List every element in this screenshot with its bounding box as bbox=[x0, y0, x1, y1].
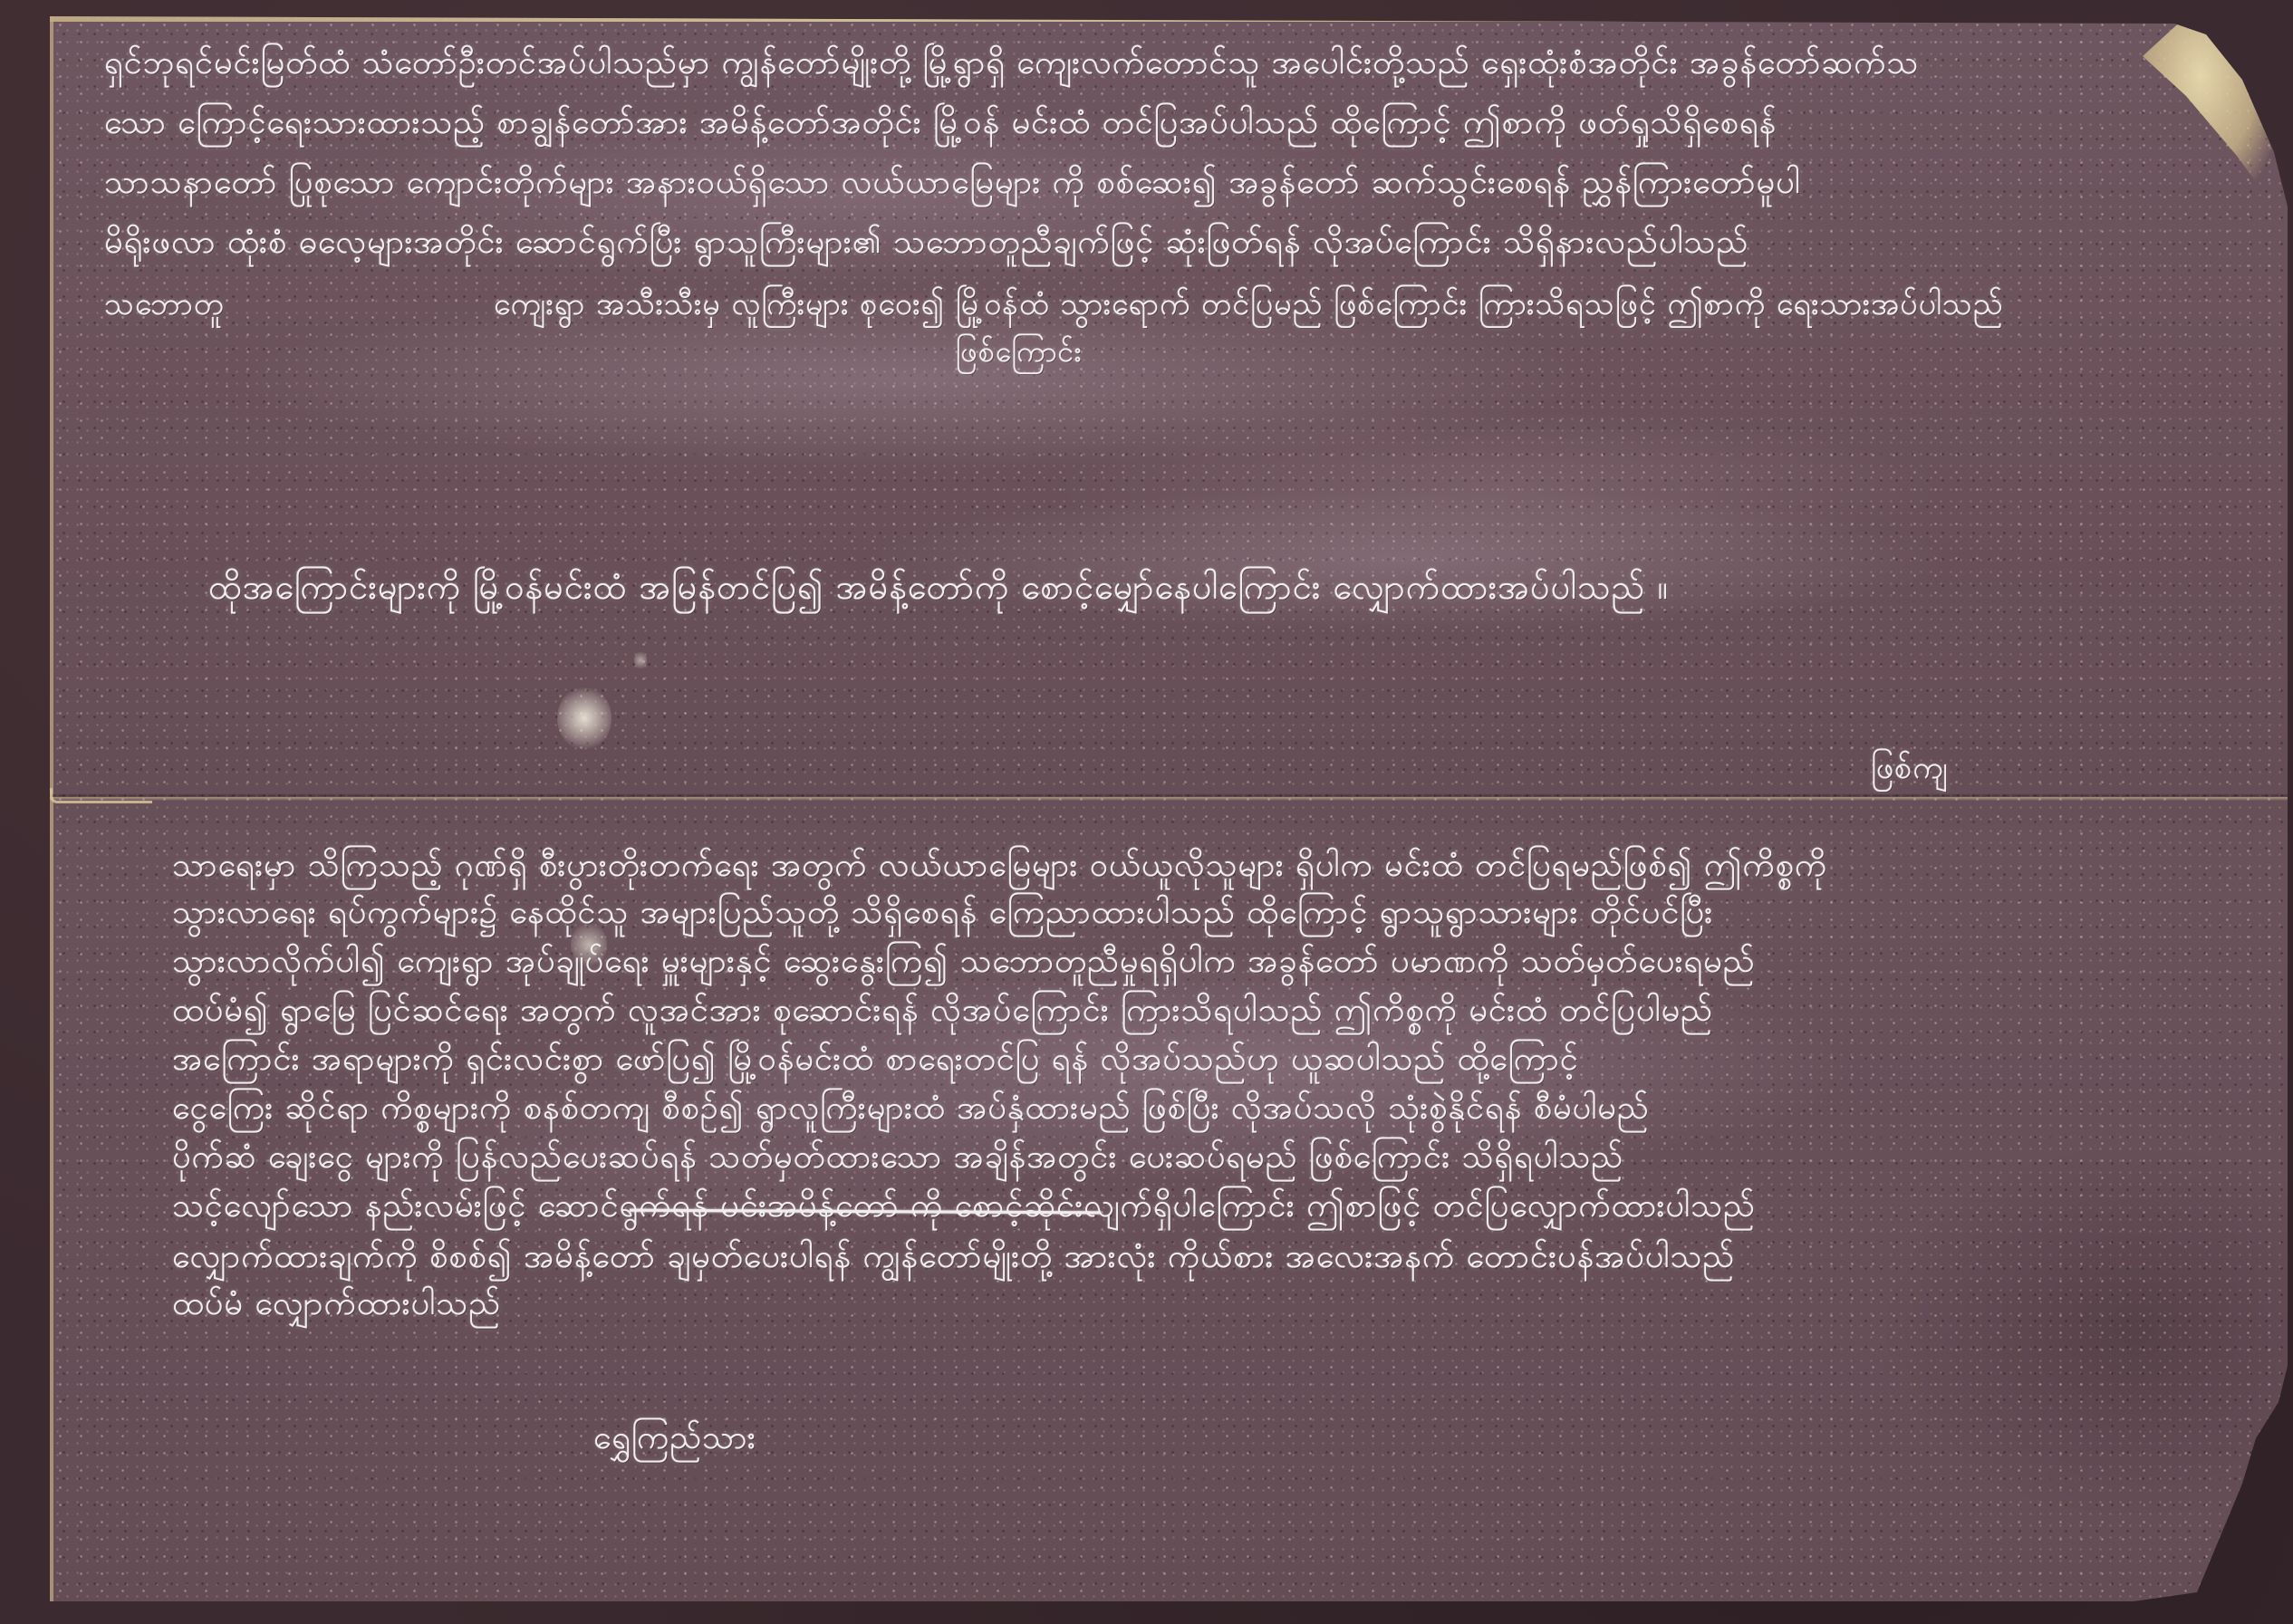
lower-line-4: ထပ်မံ၍ ရွာမြေ ပြင်ဆင်ရေး အတွက် လူအင်အား … bbox=[172, 984, 1713, 1038]
lower-line-6: ငွေကြေး ဆိုင်ရာ ကိစ္စများကို စနစ်တကျ စီစ… bbox=[172, 1081, 1650, 1136]
lower-line-10: ထပ်မံ လျှောက်ထားပါသည် bbox=[172, 1277, 501, 1331]
upper-line-4: မိရိုးဖလာ ထုံးစံ ဓလေ့များအတိုင်း ဆောင်ရွ… bbox=[104, 216, 1749, 270]
upper-line-1: ရှင်ဘုရင်မင်းမြတ်ထံ သံတော်ဦးတင်အပ်ပါသည်မ… bbox=[104, 36, 1919, 91]
upper-line-3: သာသနာတော် ပြုစုသော ကျောင်းတိုက်များ အနား… bbox=[104, 156, 1801, 210]
white-smudge bbox=[557, 687, 612, 750]
fold-notch bbox=[50, 788, 152, 803]
signature: ရွှေကြည်သား bbox=[593, 1411, 756, 1465]
upper-line-5: ကျေးရွာ အသီးသီးမှ လူကြီးများ စုဝေး၍ မြို… bbox=[494, 277, 2004, 332]
lower-line-5: အကြောင်း အရာများကို ရှင်းလင်းစွာ ဖော်ပြ၍… bbox=[172, 1033, 1579, 1087]
lower-line-8: သင့်လျော်သော နည်းလမ်းဖြင့် ဆောင်ရွက်ရန် … bbox=[172, 1179, 1756, 1234]
fold-annotation: ဖြစ်ကျ bbox=[1871, 741, 1949, 795]
upper-caption: ဖြစ်ကြောင်း bbox=[956, 324, 1082, 379]
lower-line-7: ပိုက်ဆံ ချေးငွေ များကို ပြန်လည်ပေးဆပ်ရန်… bbox=[172, 1130, 1623, 1185]
sheet-left-edge bbox=[50, 16, 53, 1601]
fold-crease bbox=[50, 793, 2288, 801]
upper-line-2: သော ကြောင့်ရေးသားထားသည့် စာချွန်တော်အား … bbox=[104, 96, 1777, 150]
white-smudge bbox=[571, 922, 607, 967]
manuscript-sheet: ရှင်ဘုရင်မင်းမြတ်ထံ သံတော်ဦးတင်အပ်ပါသည်မ… bbox=[50, 16, 2288, 1610]
lower-line-3: သွားလာလိုက်ပါ၍ ကျေးရွာ အုပ်ချုပ်ရေး မှူး… bbox=[172, 935, 1756, 989]
upper-line-5-start: သဘောတူ bbox=[104, 277, 225, 332]
lower-line-2: သွားလာရေး ရပ်ကွက်များ၌ နေထိုင်သူ အများပြ… bbox=[172, 886, 1713, 940]
upper-single-line: ထိုအကြောင်းများကို မြို့ဝန်မင်းထံ အမြန်တ… bbox=[208, 560, 1669, 614]
lower-line-9: လျှောက်ထားချက်ကို စိစစ်၍ အမိန့်တော် ချမှ… bbox=[172, 1230, 1735, 1284]
lower-line-1: သာရေးမှာ သိကြသည့် ဂုဏ်ရှိ စီးပွားတိုးတက်… bbox=[172, 839, 1827, 893]
white-smudge bbox=[634, 650, 647, 670]
